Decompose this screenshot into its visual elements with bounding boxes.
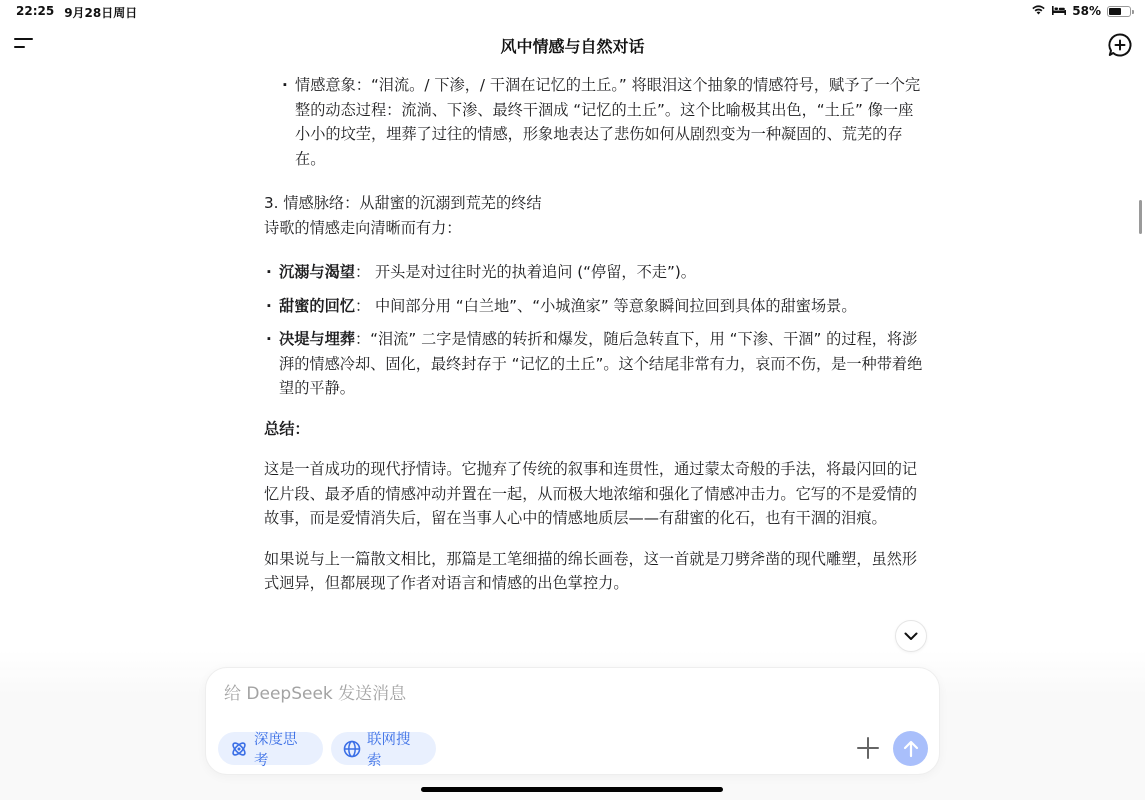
arrow-up-icon: [903, 740, 919, 758]
bed-icon: [1052, 4, 1066, 18]
web-search-toggle[interactable]: 联网搜索: [331, 732, 436, 765]
section-intro: 诗歌的情感走向清晰而有力：: [264, 216, 924, 241]
message-composer: 深度思考 联网搜索: [205, 667, 940, 775]
status-date: 9月28日周日: [64, 4, 137, 21]
new-chat-button[interactable]: [1107, 32, 1133, 58]
plus-icon: [856, 736, 880, 760]
page-title: 风中情感与自然对话: [0, 34, 1145, 57]
scroll-to-bottom-button[interactable]: [895, 620, 927, 652]
list-item: 甜蜜的回忆： 中间部分用 “白兰地”、“小城渔家” 等意象瞬间拉回到具体的甜蜜场…: [264, 294, 924, 319]
list-item: 决堤与埋葬：“泪流” 二字是情感的转折和爆发，随后急转直下，用 “下渗、干涸” …: [264, 327, 924, 401]
comparison-paragraph: 如果说与上一篇散文相比，那篇是工笔细描的绵长画卷，这一首就是刀劈斧凿的现代雕塑，…: [264, 547, 924, 596]
list-item-text: ： 中间部分用 “白兰地”、“小城渔家” 等意象瞬间拉回到具体的甜蜜场景。: [355, 297, 857, 315]
deep-think-toggle[interactable]: 深度思考: [218, 732, 323, 765]
list-item-label: 情感意象: [295, 76, 356, 94]
list-item-label: 甜蜜的回忆: [279, 297, 355, 315]
web-search-label: 联网搜索: [367, 728, 424, 770]
chevron-down-icon: [904, 632, 918, 641]
battery-percent: 58%: [1072, 4, 1101, 18]
new-chat-icon: [1107, 32, 1133, 58]
header: 风中情感与自然对话: [0, 22, 1145, 68]
deep-think-label: 深度思考: [254, 728, 311, 770]
list-item-image: 情感意象：“泪流。/ 下渗，/ 干涸在记忆的土丘。” 将眼泪这个抽象的情感符号，…: [280, 73, 924, 171]
message-input[interactable]: [224, 684, 904, 704]
status-time: 22:25: [16, 4, 54, 21]
assistant-message: 画面的一组组片段，它们之间的切换形成了强烈的戏剧张力和情感冲击。 情感意象：“泪…: [264, 50, 924, 596]
home-indicator: [421, 787, 723, 792]
summary-heading: 总结：: [264, 417, 924, 442]
list-item-text: ：“泪流。/ 下渗，/ 干涸在记忆的土丘。” 将眼泪这个抽象的情感符号，赋予了一…: [295, 76, 920, 168]
status-bar: 22:25 9月28日周日 58%: [0, 0, 1145, 22]
list-item: 沉溺与渴望： 开头是对过往时光的执着追问 (“停留，不走”)。: [264, 260, 924, 285]
list-item-text: ：“泪流” 二字是情感的转折和爆发，随后急转直下，用 “下渗、干涸” 的过程，将…: [279, 330, 922, 397]
wifi-icon: [1031, 4, 1046, 18]
attach-button[interactable]: [856, 736, 880, 760]
globe-icon: [343, 740, 361, 758]
scrollbar-thumb[interactable]: [1139, 200, 1142, 234]
list-item-text: ： 开头是对过往时光的执着追问 (“停留，不走”)。: [355, 263, 696, 281]
atom-icon: [230, 740, 248, 758]
list-item-label: 沉溺与渴望: [279, 263, 355, 281]
send-button[interactable]: [893, 731, 928, 766]
section-heading: 3. 情感脉络：从甜蜜的沉溺到荒芜的终结: [264, 191, 924, 216]
battery-icon: [1107, 6, 1131, 17]
list-item-label: 决堤与埋葬: [279, 330, 355, 348]
summary-paragraph: 这是一首成功的现代抒情诗。它抛弃了传统的叙事和连贯性，通过蒙太奇般的手法，将最闪…: [264, 457, 924, 531]
